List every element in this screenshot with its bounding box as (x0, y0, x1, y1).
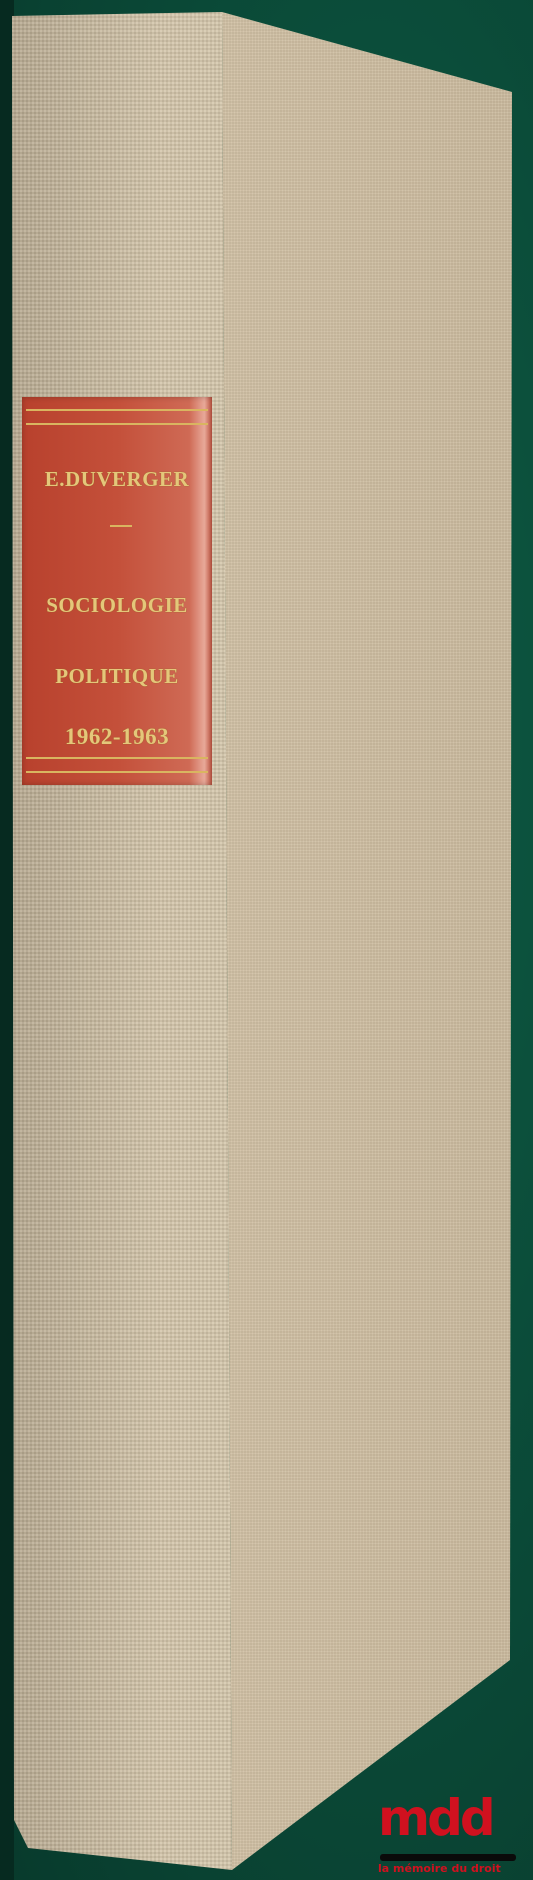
logo-tagline: la mémoire du droit (378, 1862, 501, 1875)
book-photo: E.DUVERGER SOCIOLOGIE POLITIQUE 1962-196… (0, 0, 533, 1880)
gilt-rule (26, 757, 208, 759)
shadow (0, 0, 14, 1880)
title-line-2: POLITIQUE (22, 664, 212, 689)
gilt-rule (26, 771, 208, 773)
title-years: 1962-1963 (22, 724, 212, 750)
spine-title-label: E.DUVERGER SOCIOLOGIE POLITIQUE 1962-196… (22, 397, 212, 785)
gilt-separator (110, 525, 132, 527)
gilt-rule (26, 409, 208, 411)
mdd-watermark-logo: mdd la mémoire du droit (378, 1790, 528, 1878)
title-line-1: SOCIOLOGIE (22, 593, 212, 618)
logo-underline (380, 1854, 516, 1861)
gilt-rule (26, 423, 208, 425)
logo-mark: mdd (378, 1790, 493, 1846)
author-name: E.DUVERGER (22, 467, 212, 492)
